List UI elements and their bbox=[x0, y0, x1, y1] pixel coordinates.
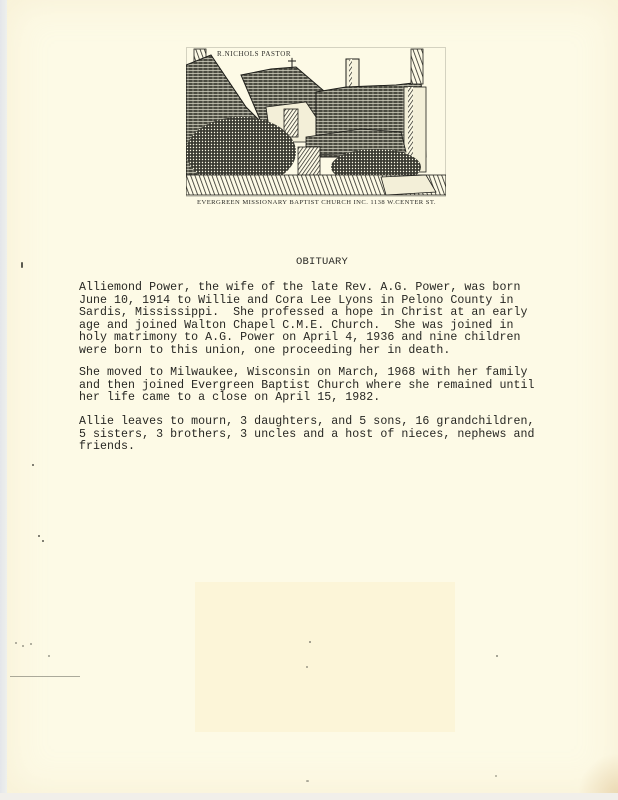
paragraph-biography: Alliemond Power, the wife of the late Re… bbox=[79, 282, 599, 358]
scan-speck bbox=[38, 535, 40, 537]
scan-speck bbox=[15, 642, 17, 644]
scan-speck bbox=[42, 540, 44, 542]
scan-speck bbox=[306, 666, 308, 668]
scan-speck bbox=[22, 645, 24, 647]
scan-speck bbox=[32, 464, 34, 466]
paragraph-survivors: Allie leaves to mourn, 3 daughters, and … bbox=[79, 416, 599, 454]
scan-speck bbox=[495, 775, 497, 777]
church-sketch-icon bbox=[186, 47, 446, 197]
scan-speck bbox=[21, 262, 23, 268]
paragraph-milwaukee: She moved to Milwaukee, Wisconsin on Mar… bbox=[79, 367, 599, 405]
scan-speck bbox=[48, 655, 50, 657]
paper-stain bbox=[578, 753, 618, 793]
scan-artifact-line bbox=[10, 676, 80, 677]
faint-bleed-through bbox=[195, 582, 455, 732]
scan-left-edge bbox=[0, 0, 7, 800]
scan-bottom-edge bbox=[0, 793, 618, 800]
document-title: OBITUARY bbox=[0, 256, 618, 268]
scan-speck bbox=[309, 641, 311, 643]
pastor-label: R.NICHOLS PASTOR bbox=[215, 50, 293, 58]
church-illustration bbox=[186, 47, 446, 197]
scan-speck bbox=[306, 780, 309, 782]
scan-speck bbox=[496, 655, 498, 657]
church-caption: EVERGREEN MISSIONARY BAPTIST CHURCH INC.… bbox=[197, 199, 457, 206]
scan-speck bbox=[30, 643, 32, 645]
